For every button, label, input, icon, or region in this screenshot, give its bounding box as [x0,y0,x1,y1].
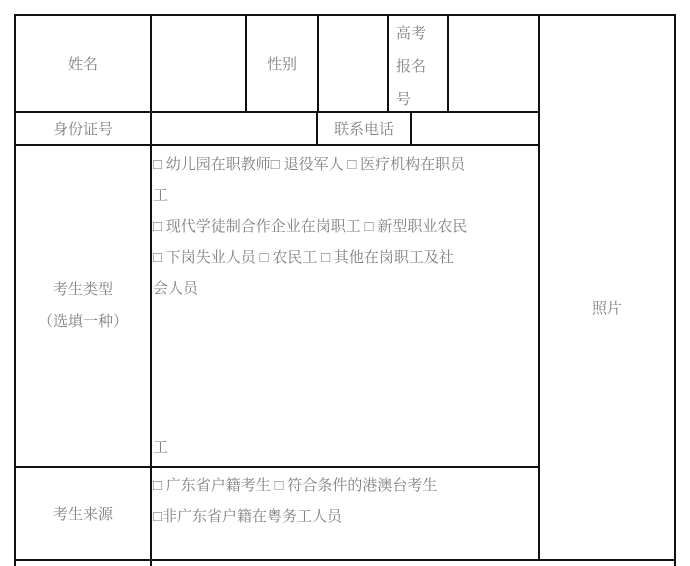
candidate-type-options: □ 幼儿园在职教师□ 退役军人 □ 医疗机构在职员 工 □ 现代学徒制合作企业在… [153,150,533,305]
name-value-cell [152,16,245,111]
candidate-source-options: □ 广东省户籍考生 □ 符合条件的港澳台考生 □非广东省户籍在粤务工人员 [153,471,533,533]
candidate-type-label-line2: （选填一种） [38,306,128,338]
contact-phone-label: 联系电话 [318,113,410,144]
candidate-type-label: 考生类型 （选填一种） [16,147,150,465]
id-number-label: 身份证号 [16,113,150,144]
photo-placeholder-label: 照片 [540,16,674,559]
id-number-value-cell [152,113,316,144]
exam-registration-number-label: 高考报名号 [389,18,436,111]
candidate-type-label-line1: 考生类型 [53,274,113,306]
candidate-type-trailing-text: 工 [153,433,273,464]
registration-form-table: 姓名 性别 高考报名号 身份证号 联系电话 考生类型 （选填一种） □ 幼儿园在… [0,0,690,566]
table-border-row4-bottom [14,559,676,561]
candidate-source-label: 考生来源 [16,469,150,558]
table-border-row3-bottom [14,466,540,468]
gender-value-cell [319,16,387,111]
exam-registration-number-value-cell [449,16,538,111]
gender-label: 性别 [247,16,317,111]
table-border-right [674,14,676,566]
contact-phone-value-cell [412,113,538,144]
name-label: 姓名 [16,16,150,111]
table-border-row2-bottom [14,144,540,146]
